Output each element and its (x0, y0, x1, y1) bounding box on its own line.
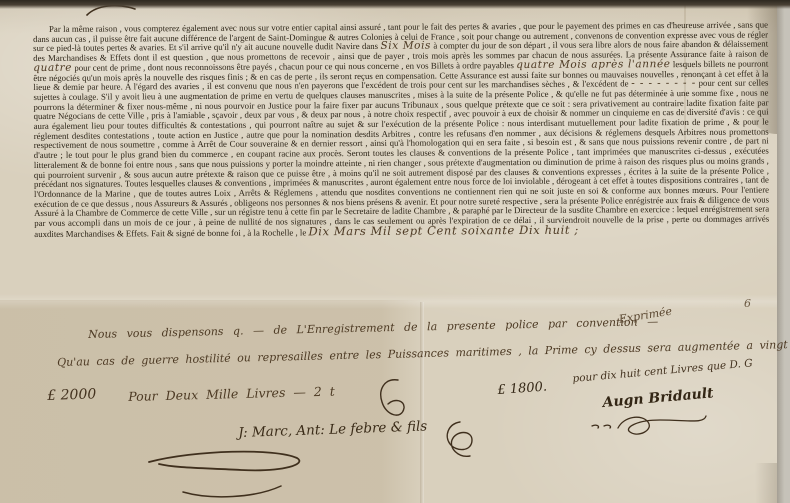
photo-top-shadow (0, 0, 790, 9)
paper: Par la même raison , vous compterez égal… (0, 4, 777, 503)
photograph: Par la même raison , vous compterez égal… (0, 0, 790, 503)
insured-amount-right: £ 1800. (497, 380, 548, 398)
printed-segment: pour cent sur celles sujettes à coulage.… (33, 78, 769, 239)
paraph-after-lefebre (440, 418, 480, 462)
signature-flourish-sweep (145, 444, 315, 502)
corner-shadow (755, 463, 777, 503)
handwritten-insert: Dix Mars Mil sept Cent soixante Dix huit… (308, 222, 578, 238)
paraph-g-flourish (374, 376, 408, 426)
handwritten-mark: 6 (744, 297, 751, 310)
insured-amount-right-words: pour dix huit cent Livres que D. G (572, 357, 753, 385)
printed-policy-text: Par la même raison , vous compterez égal… (33, 20, 769, 239)
paraph-under-bridault (588, 408, 713, 444)
photo-of-insurance-policy: { "printed_text": { "segments": [ {"styl… (0, 0, 790, 503)
photo-background-strip (776, 0, 790, 503)
insured-amount-left: £ 2000 (47, 386, 97, 404)
